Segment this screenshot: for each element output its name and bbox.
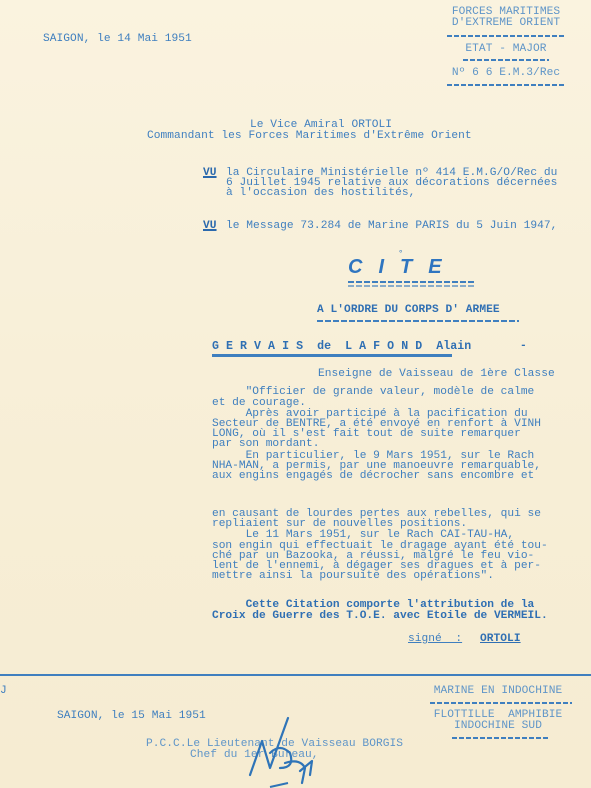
vu-marker: VU [203,221,217,232]
stamp-line-2: D'EXTREME ORIENT [446,18,566,29]
issuer-function: Commandant les Forces Maritimes d'Extrêm… [147,131,472,142]
footer-stamp-line-1: MARINE EN INDOCHINE [424,686,572,697]
award-line: Croix de Guerre des T.O.E. avec Etoile d… [212,611,591,622]
signed-label: signé : [408,634,462,645]
margin-mark: J [0,686,7,697]
recipient-rank: Enseigne de Vaisseau de 1ère Classe [318,369,555,380]
section-separator [0,674,591,676]
cite-underline [348,281,476,283]
citation-body-line: aux engins engagés de décrocher sans enc… [212,471,591,482]
recipient-name-suffix: - [520,341,527,352]
cite-underline-2 [348,285,476,287]
footer-stamp-line-3: INDOCHINE SUD [424,721,572,732]
recipient-name: G E R V A I S de L A F O N D Alain [212,341,471,352]
vu-marker: VU [203,168,217,179]
citation-body-line: par son mordant. [212,439,591,450]
citation-body-line: mettre ainsi la poursuite des opérations… [212,571,591,582]
stamp-reference-number: Nº 6 6 E.M.3/Rec [446,68,566,79]
stamp-line-3: ETAT - MAJOR [446,44,566,55]
footer-stamp-divider-1 [430,702,572,704]
order-underline [317,320,519,322]
cite-title: CITE [348,258,476,276]
handwritten-signature [240,713,340,788]
footer-stamp-divider-2 [452,737,550,739]
document-page: SAIGON, le 14 Mai 1951 FORCES MARITIMES … [0,0,591,788]
stamp-divider-2 [463,59,549,61]
stamp-divider-1 [447,35,565,37]
consideration-line: à l'occasion des hostilités, [226,188,415,199]
citation-order: A L'ORDRE DU CORPS D' ARMEE [317,305,500,316]
footer-place-date: SAIGON, le 15 Mai 1951 [57,711,206,722]
stamp-divider-3 [447,84,565,86]
signed-name: ORTOLI [480,634,521,645]
consideration-line: le Message 73.284 de Marine PARIS du 5 J… [226,221,557,232]
header-place-date: SAIGON, le 14 Mai 1951 [43,34,192,45]
recipient-name-underline [212,354,452,357]
